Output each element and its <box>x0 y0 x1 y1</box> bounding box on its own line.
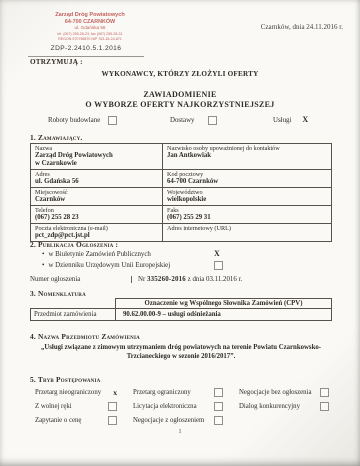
section3-heading: 3. Nomenklatura <box>30 289 86 298</box>
section1-heading: 1. Zamawiający. <box>30 133 82 142</box>
cell-caption: Faks <box>167 207 329 214</box>
title-line-1: ZAWIADOMIENIE <box>0 90 360 100</box>
cell-value: w Czarnkowie <box>35 160 160 168</box>
option-label: Przetarg nieograniczony <box>35 389 101 396</box>
licytacja-elektroniczna-checkbox <box>214 402 223 411</box>
province-cell: Województwo wielkopolskie <box>163 188 332 206</box>
table-row: Miejscowość Czarnków Województwo wielkop… <box>31 188 332 206</box>
publication-option-bzp: •w Biuletynie Zamówień Publicznych X <box>42 250 151 260</box>
cell-caption: Poczta elektroniczna (e-mail) <box>35 225 160 232</box>
name-cell: Nazwa Zarząd Dróg Powiatowych w Czarnkow… <box>31 144 163 170</box>
publication-option-eu: •w Dzienniku Urzędowym Unii Europejskiej <box>42 261 170 271</box>
fax-cell: Faks (067) 255 29 31 <box>163 206 332 224</box>
address-cell: Adres ul. Gdańska 56 <box>31 170 163 188</box>
cell-caption: Nazwa <box>35 145 160 152</box>
cell-caption: Telefon <box>35 207 160 214</box>
option-label: Zapytanie o cenę <box>35 417 81 424</box>
phone-cell: Telefon (067) 255 28 23 <box>31 206 163 224</box>
order-type-label: Roboty budowlane <box>48 117 100 124</box>
city-cell: Miejscowość Czarnków <box>31 188 163 206</box>
notice-suffix: z dnia 03.11.2016 r. <box>186 276 242 283</box>
order-type-dostawy: Dostawy <box>170 115 217 125</box>
order-type-roboty-budowlane: Roboty budowlane <box>48 115 117 125</box>
document-title: ZAWIADOMIENIE O WYBORZE OFERTY NAJKORZYS… <box>0 90 360 110</box>
cell-caption: Adres internetowy (URL) <box>167 225 329 232</box>
procedure-option: Negocjacje z ogłoszeniem <box>133 416 223 425</box>
negocjacje-bez-ogloszenia-checkbox <box>320 388 329 397</box>
dostawy-checkbox <box>208 116 217 125</box>
contracting-authority-table: Nazwa Zarząd Dróg Powiatowych w Czarnkow… <box>30 143 332 242</box>
reference-number: ZDP-2.2410.5.1.2016 <box>28 45 144 57</box>
cpv-header: Oznaczenie wg Wspólnego Słownika Zamówie… <box>115 298 332 308</box>
cell-caption: Adres <box>35 171 160 178</box>
eu-checkbox <box>214 261 223 270</box>
option-label: w Biuletynie Zamówień Publicznych <box>48 251 150 258</box>
bullet-icon: • <box>42 250 44 258</box>
cell-caption: Nazwisko osoby upoważnionej do kontaktów <box>167 145 329 152</box>
option-label: Dialog konkurencyjny <box>239 403 300 410</box>
section2-heading: 2. Publikacja Ogłoszenia : <box>30 240 118 249</box>
cell-value: (067) 255 29 31 <box>167 214 329 222</box>
cpv-table: Oznaczenie wg Wspólnego Słownika Zamówie… <box>30 298 332 321</box>
przetarg-ograniczony-checkbox <box>214 388 223 397</box>
cell-value: pct_zdp@pct.jst.pl <box>35 232 160 240</box>
table-row: Adres ul. Gdańska 56 Kod pocztowy 64-700… <box>31 170 332 188</box>
procedure-option: Przetarg nieograniczony x <box>35 388 117 397</box>
negocjacje-z-ogloszeniem-checkbox <box>214 416 223 425</box>
url-cell: Adres internetowy (URL) <box>163 224 332 242</box>
cell-value: wielkopolskie <box>167 196 329 204</box>
roboty-budowlane-checkbox <box>108 116 117 125</box>
order-type-uslugi: Usługi X <box>273 115 308 125</box>
cpv-data-row: Przedmiot zamówienia 90.62.00.00-9 – usł… <box>30 308 332 321</box>
z-wolnej-reki-checkbox <box>108 402 117 411</box>
cell-value: Zarząd Dróg Powiatowych <box>35 152 160 160</box>
order-type-label: Usługi <box>273 117 291 124</box>
notice-number: 335260-2016 <box>147 276 186 283</box>
cell-caption: Województwo <box>167 189 329 196</box>
uslugi-checkmark: X <box>302 116 308 124</box>
zapytanie-o-cene-checkbox <box>108 416 117 425</box>
scanned-document-page: Zarząd Dróg Powiatowych 64-700 CZARNKÓW … <box>0 0 360 466</box>
stamp-line: REGON 570798870 NIP 763-18-24-871 <box>38 37 142 42</box>
cpv-header-row: Oznaczenie wg Wspólnego Słownika Zamówie… <box>30 298 332 308</box>
notice-number-row: Numer ogłoszenia Nr 335260-2016 z dnia 0… <box>30 276 242 283</box>
contract-subject: „Usługi związane z zimowym utrzymaniem d… <box>30 343 332 361</box>
cell-value: ul. Gdańska 56 <box>35 178 160 186</box>
table-row: Telefon (067) 255 28 23 Faks (067) 255 2… <box>31 206 332 224</box>
procedure-option: Dialog konkurencyjny <box>239 402 329 411</box>
option-label: Z wolnej ręki <box>35 403 72 410</box>
procedure-option: Przetarg ograniczony <box>133 388 223 397</box>
title-line-2: O WYBORZE OFERTY NAJKORZYSTNIEJSZEJ <box>0 100 360 110</box>
postal-code-cell: Kod pocztowy 64-700 Czarnków <box>163 170 332 188</box>
notice-number-label: Numer ogłoszenia <box>30 276 131 283</box>
date-line: Czarnków, dnia 24.11.2016 r. <box>261 23 343 31</box>
order-type-label: Dostawy <box>170 117 195 124</box>
procedure-option: Licytacja elektroniczna <box>133 402 223 411</box>
cell-value: (067) 255 28 23 <box>35 214 160 222</box>
page-number: 1 <box>0 429 360 435</box>
bullet-icon: • <box>42 261 44 269</box>
dialog-konkurencyjny-checkbox <box>320 402 329 411</box>
option-label: Negocjacje z ogłoszeniem <box>133 417 204 424</box>
option-label: Negocjacje bez ogłoszenia <box>239 389 311 396</box>
cell-value: Czarnków <box>35 196 160 204</box>
cpv-code-value: 90.62.00.00-9 – usługi odśnieżania <box>116 309 331 320</box>
cell-value: Jan Antkowiak <box>167 152 329 160</box>
option-label: Przetarg ograniczony <box>133 389 191 396</box>
option-label: Licytacja elektroniczna <box>133 403 197 410</box>
bzp-checkmark: X <box>214 250 220 258</box>
procedure-options-grid: Przetarg nieograniczony x Przetarg ogran… <box>35 388 329 425</box>
recipients-label: OTRZYMUJĄ : <box>30 58 83 66</box>
cell-caption: Miejscowość <box>35 189 160 196</box>
cpv-row-label: Przedmiot zamówienia <box>31 309 116 320</box>
procedure-option: Z wolnej ręki <box>35 402 117 411</box>
cell-caption: Kod pocztowy <box>167 171 329 178</box>
contact-person-cell: Nazwisko osoby upoważnionej do kontaktów… <box>163 144 332 170</box>
cell-value: 64-700 Czarnków <box>167 178 329 186</box>
section5-heading: 5. Tryb Postępowania <box>30 375 100 384</box>
cpv-header-spacer <box>30 298 115 308</box>
procedure-option: Negocjacje bez ogłoszenia <box>239 388 329 397</box>
przetarg-nieograniczony-checkmark: x <box>113 389 117 397</box>
procedure-option: Zapytanie o cenę <box>35 416 117 425</box>
notice-number-value: Nr 335260-2016 z dnia 03.11.2016 r. <box>131 276 242 283</box>
recipients-value: WYKONAWCY, KTÓRZY ZŁOŻYLI OFERTY <box>0 70 360 78</box>
section4-heading: 4. Nazwa Przedmiotu Zamówienia <box>30 332 140 341</box>
option-label: w Dzienniku Urzędowym Unii Europejskiej <box>48 262 170 269</box>
notice-prefix: Nr <box>138 276 147 283</box>
office-stamp: Zarząd Dróg Powiatowych 64-700 CZARNKÓW … <box>38 12 142 42</box>
table-row: Nazwa Zarząd Dróg Powiatowych w Czarnkow… <box>31 144 332 170</box>
